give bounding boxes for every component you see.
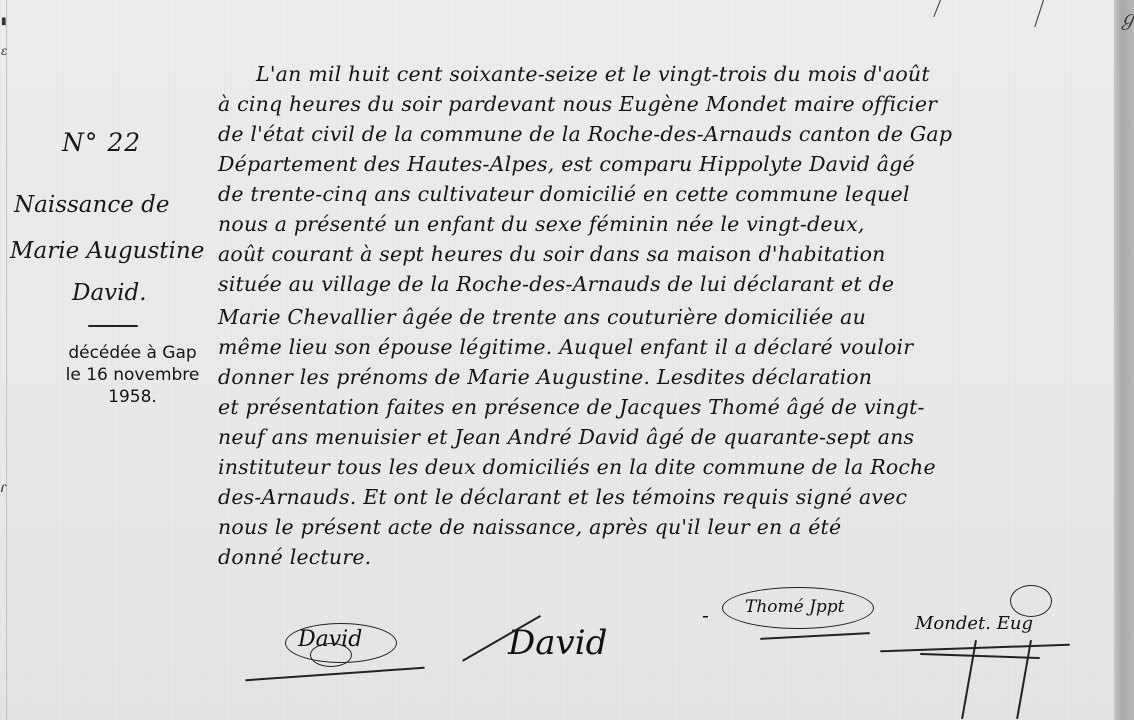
act-title: Naissance de (14, 190, 244, 220)
signature-flourish (1010, 585, 1052, 617)
body-line: nous le présent acte de naissance, après… (218, 515, 841, 539)
death-note-line-1: décédée à Gap (40, 342, 225, 364)
child-surname: David. (72, 280, 147, 306)
body-line: donner les prénoms de Marie Augustine. L… (218, 365, 872, 389)
body-line: de trente-cinq ans cultivateur domicilié… (218, 182, 910, 206)
signature-stroke (961, 640, 976, 719)
body-line: située au village de la Roche-des-Arnaud… (218, 272, 894, 296)
body-line: instituteur tous les deux domiciliés en … (218, 455, 936, 479)
signature-witness-thome: Thomé Jppt (745, 597, 845, 617)
signature-stroke (1016, 640, 1031, 719)
signature-witness-david: David (508, 623, 607, 663)
edge-mark: ℊ (1118, 2, 1134, 31)
body-line: neuf ans menuisier et Jean André David â… (218, 425, 914, 449)
body-line: donné lecture. (218, 545, 371, 569)
signature-underline (920, 653, 1040, 659)
signature-mayor: Mondet. Eug (915, 613, 1033, 634)
child-given-names: Marie Augustine (10, 238, 204, 264)
body-line: de l'état civil de la commune de la Roch… (218, 122, 952, 146)
body-line: et présentation faites en présence de Ja… (218, 395, 925, 419)
act-number: N° 22 (62, 128, 141, 157)
body-line: août courant à sept heures du soir dans … (218, 242, 886, 266)
margin-column: N° 22 Naissance de Marie Augustine David… (0, 0, 235, 720)
body-line: à cinq heures du soir pardevant nous Eug… (218, 92, 937, 116)
death-annotation: décédée à Gap le 16 novembre 1958. (40, 342, 225, 408)
stray-pen-stroke (933, 0, 941, 17)
death-note-line-3: 1958. (40, 386, 225, 408)
body-line: Département des Hautes-Alpes, est compar… (218, 152, 915, 176)
body-line: des-Arnauds. Et ont le déclarant et les … (218, 485, 907, 509)
register-page: ℊ ▮ ɛ ɾ N° 22 Naissance de Marie Augusti… (0, 0, 1134, 720)
signature-underline (245, 667, 425, 681)
signature-separator: - (702, 603, 709, 627)
signatures-area: David David - Thomé Jppt Mondet. Eug (240, 585, 1120, 720)
stray-pen-stroke (1034, 0, 1044, 27)
signature-declarant: David (298, 627, 362, 652)
body-line: même lieu son épouse légitime. Auquel en… (218, 335, 913, 359)
death-note-line-2: le 16 novembre (40, 364, 225, 386)
margin-divider (88, 325, 138, 327)
body-line: nous a présenté un enfant du sexe fémini… (218, 212, 865, 236)
body-line: L'an mil huit cent soixante-seize et le … (256, 62, 930, 86)
signature-underline (760, 632, 870, 639)
body-line: Marie Chevallier âgée de trente ans cout… (218, 305, 866, 329)
